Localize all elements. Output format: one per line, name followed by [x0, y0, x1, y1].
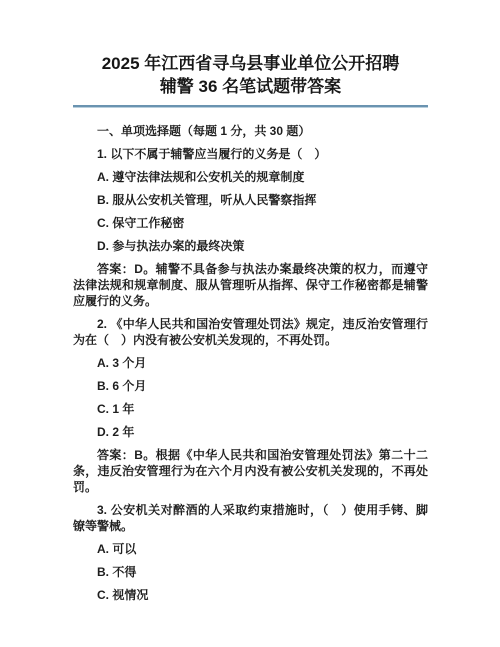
- question-2: 2. 《中华人民共和国治安管理处罚法》规定，违反治安管理行为在（ ）内没有被公安…: [73, 316, 428, 495]
- document-page: 2025 年江西省寻乌县事业单位公开招聘 辅警 36 名笔试题带答案 一、单项选…: [0, 0, 500, 647]
- question-2-option-b: B. 6 个月: [73, 378, 428, 394]
- question-2-answer: 答案：B。根据《中华人民共和国治安管理处罚法》第二十二条，违反治安管理行为在六个…: [73, 447, 428, 495]
- question-3-option-a: A. 可以: [73, 541, 428, 557]
- title-line-2: 辅警 36 名笔试题带答案: [73, 75, 428, 98]
- document-title: 2025 年江西省寻乌县事业单位公开招聘 辅警 36 名笔试题带答案: [73, 52, 428, 98]
- question-1-option-b: B. 服从公安机关管理，听从人民警察指挥: [73, 192, 428, 208]
- question-3: 3. 公安机关对醉酒的人采取约束措施时，（ ）使用手铐、脚镣等警械。 A. 可以…: [73, 502, 428, 603]
- question-2-option-a: A. 3 个月: [73, 355, 428, 371]
- title-divider: [73, 105, 428, 108]
- question-1-option-a: A. 遵守法律法规和公安机关的规章制度: [73, 169, 428, 185]
- question-1-stem: 1. 以下不属于辅警应当履行的义务是（ ）: [73, 146, 428, 162]
- question-3-option-c: C. 视情况: [73, 587, 428, 603]
- question-1-answer: 答案：D。辅警不具备参与执法办案最终决策的权力，而遵守法律法规和规章制度、服从管…: [73, 261, 428, 309]
- question-2-option-d: D. 2 年: [73, 424, 428, 440]
- question-2-option-c: C. 1 年: [73, 401, 428, 417]
- question-3-option-b: B. 不得: [73, 564, 428, 580]
- section-heading: 一、单项选择题（每题 1 分，共 30 题）: [73, 123, 428, 139]
- question-3-stem: 3. 公安机关对醉酒的人采取约束措施时，（ ）使用手铐、脚镣等警械。: [73, 502, 428, 534]
- title-line-1: 2025 年江西省寻乌县事业单位公开招聘: [73, 52, 428, 75]
- question-1: 1. 以下不属于辅警应当履行的义务是（ ） A. 遵守法律法规和公安机关的规章制…: [73, 146, 428, 309]
- question-1-option-d: D. 参与执法办案的最终决策: [73, 238, 428, 254]
- question-1-option-c: C. 保守工作秘密: [73, 215, 428, 231]
- question-2-stem: 2. 《中华人民共和国治安管理处罚法》规定，违反治安管理行为在（ ）内没有被公安…: [73, 316, 428, 348]
